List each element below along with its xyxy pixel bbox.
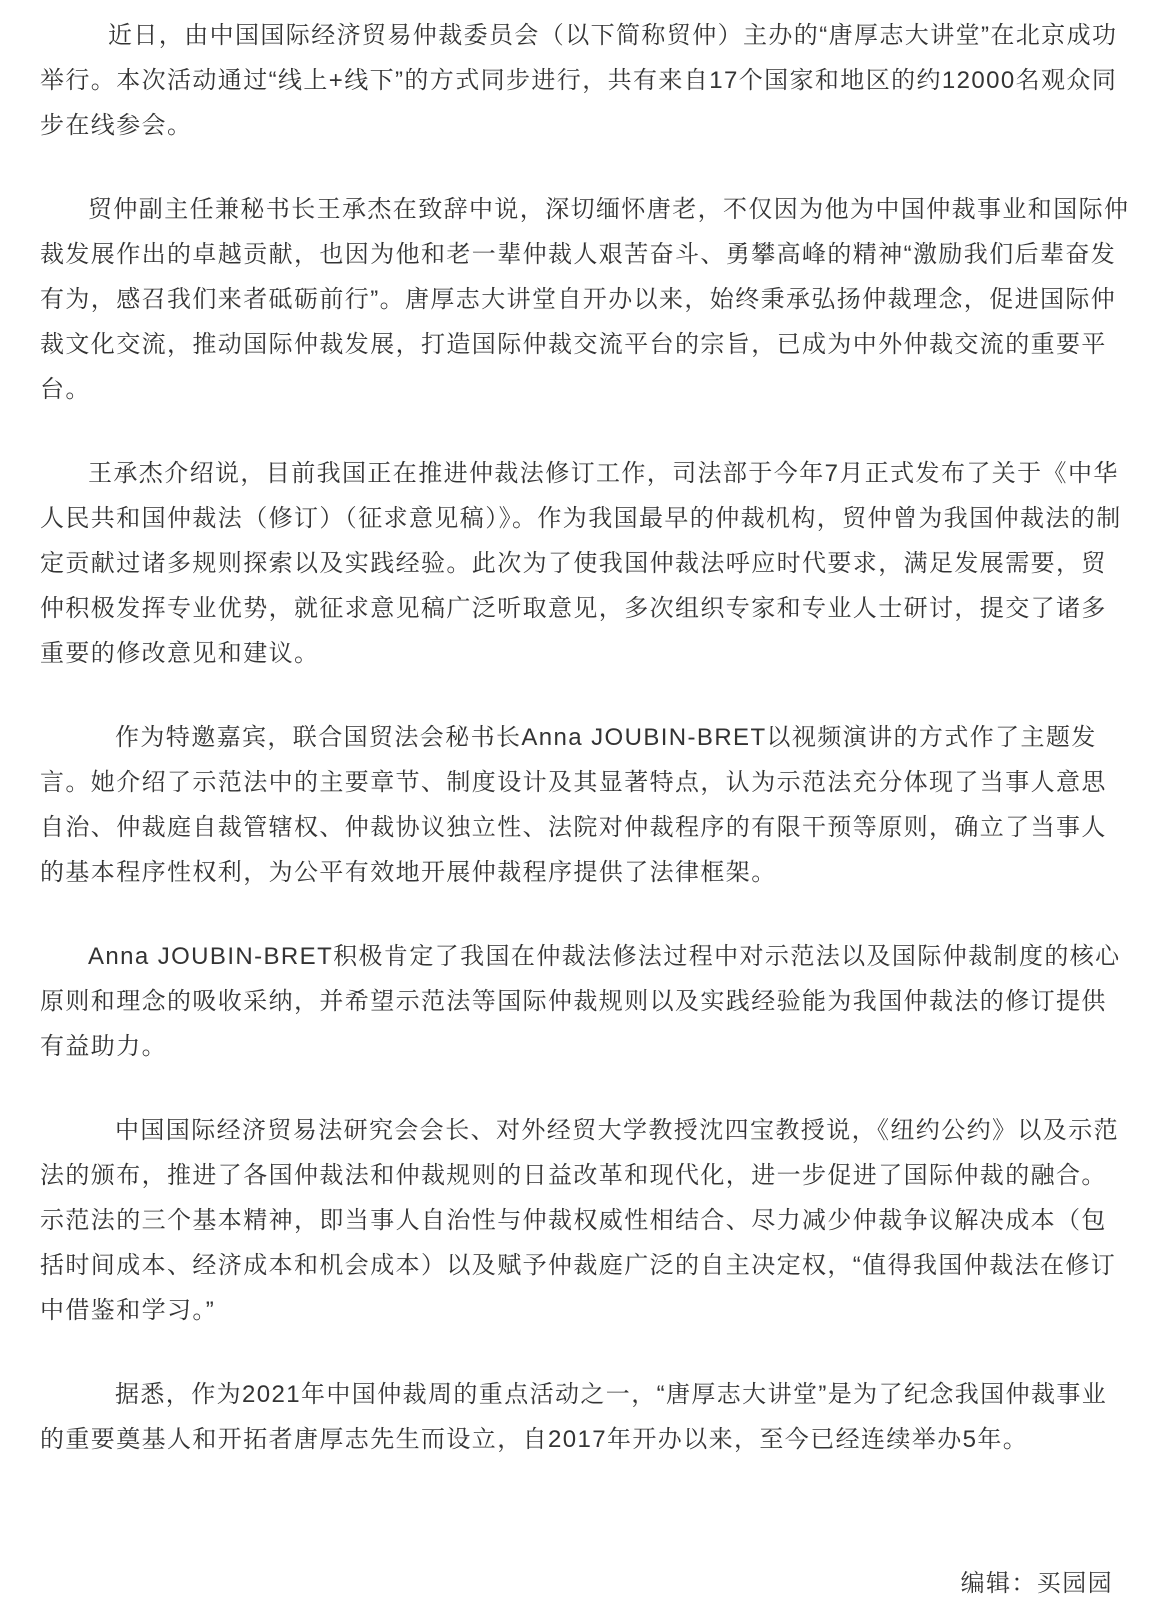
article-paragraph-7: 据悉，作为2021年中国仲裁周的重点活动之一，“唐厚志大讲堂”是为了纪念我国仲裁… — [40, 1372, 1131, 1462]
article-paragraph-5: Anna JOUBIN-BRET积极肯定了我国在仲裁法修法过程中对示范法以及国际… — [40, 934, 1131, 1069]
article-page: 近日，由中国国际经济贸易仲裁委员会（以下简称贸仲）主办的“唐厚志大讲堂”在北京成… — [0, 0, 1164, 1616]
article-paragraph-4: 作为特邀嘉宾，联合国贸法会秘书长Anna JOUBIN-BRET以视频演讲的方式… — [40, 715, 1131, 895]
article-paragraph-6: 中国国际经济贸易法研究会会长、对外经贸大学教授沈四宝教授说，《纽约公约》以及示范… — [40, 1108, 1131, 1333]
article-paragraph-1: 近日，由中国国际经济贸易仲裁委员会（以下简称贸仲）主办的“唐厚志大讲堂”在北京成… — [40, 13, 1131, 148]
article-paragraph-3: 王承杰介绍说，目前我国正在推进仲裁法修订工作，司法部于今年7月正式发布了关于《中… — [40, 451, 1131, 676]
article-paragraph-2: 贸仲副主任兼秘书长王承杰在致辞中说，深切缅怀唐老，不仅因为他为中国仲裁事业和国际… — [40, 187, 1131, 412]
editor-credit: 编辑：买园园 — [40, 1561, 1131, 1606]
